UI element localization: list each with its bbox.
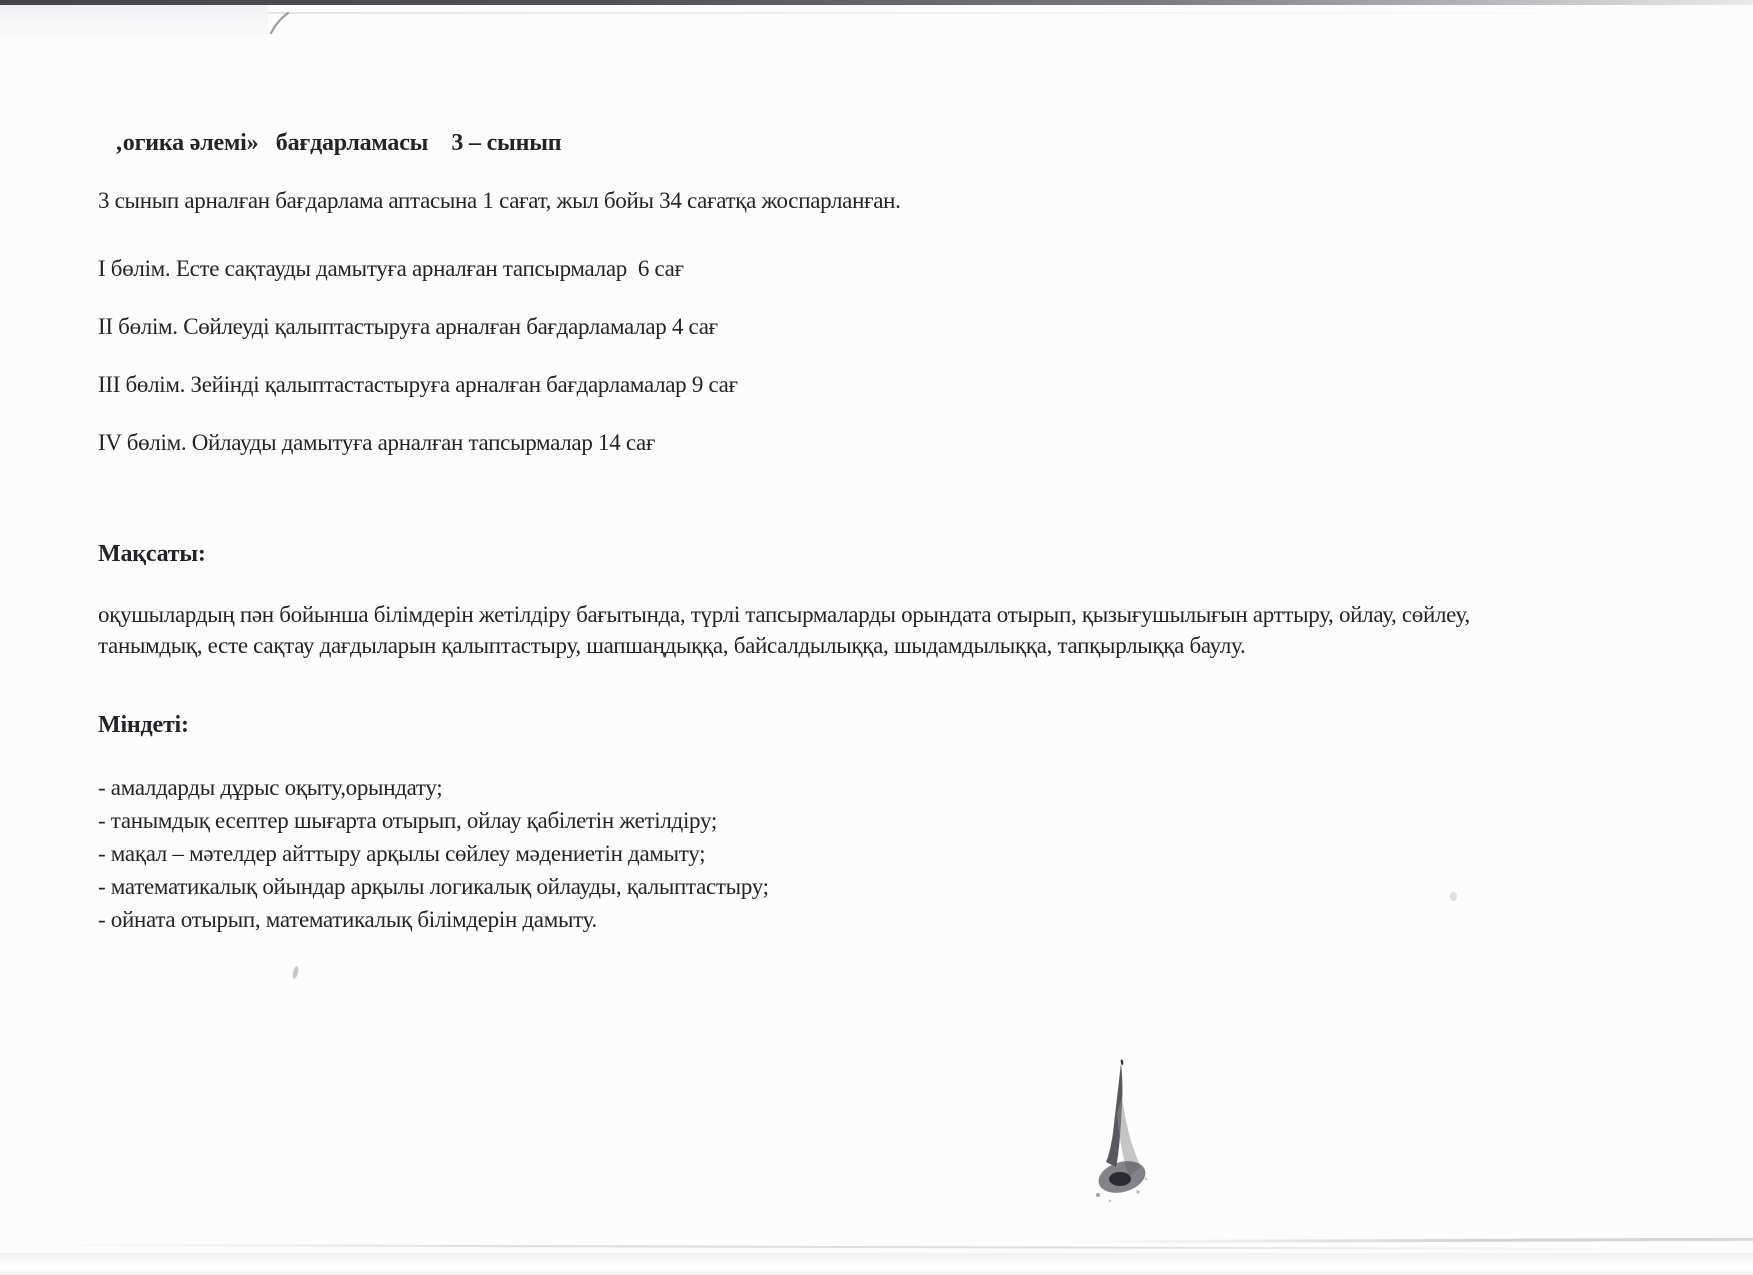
section-line-2: ІІ бөлім. Сөйлеуді қалыптастыруға арналғ… <box>98 312 718 342</box>
section-line-3: ІІІ бөлім. Зейінді қалыптастастыруға арн… <box>98 370 738 400</box>
document-title: ‚огика әлемі» бағдарламасы 3 – сынып <box>115 130 561 157</box>
task-line-2: - танымдық есептер шығарта отырып, ойлау… <box>98 804 769 837</box>
scan-bottom-edge <box>0 1270 1753 1275</box>
section-line-4: ІV бөлім. Ойлауды дамытуға арналған тапс… <box>98 428 655 458</box>
scanned-document-page: ‚огика әлемі» бағдарламасы 3 – сынып 3 с… <box>0 0 1753 1275</box>
task-line-5: - ойната отырып, математикалық білімдері… <box>98 903 769 936</box>
paper-corner-shade <box>0 5 268 41</box>
scan-wrinkle-band <box>0 1253 1753 1263</box>
scan-speck-faint <box>1450 892 1457 901</box>
tasks-heading: Міндеті: <box>98 712 189 739</box>
scan-wrinkle-streak-right <box>1080 1238 1753 1243</box>
scan-speck <box>292 966 300 980</box>
ink-smudge <box>1080 1055 1162 1212</box>
scan-wrinkle-streak <box>40 1244 1690 1250</box>
section-line-1: І бөлім. Есте сақтауды дамытуға арналған… <box>98 254 684 284</box>
intro-line: 3 сынып арналған бағдарлама аптасына 1 с… <box>98 186 901 216</box>
goal-paragraph: оқушылардың пән бойынша білімдерін жетіл… <box>98 599 1498 661</box>
goal-heading: Мақсаты: <box>98 541 206 568</box>
paper-edge-shadow <box>268 12 1753 14</box>
task-line-4: - математикалық ойындар арқылы логикалық… <box>98 870 769 903</box>
task-list: - амалдарды дұрыс оқыту,орындату; - таны… <box>98 771 769 936</box>
task-line-1: - амалдарды дұрыс оқыту,орындату; <box>98 771 769 804</box>
corner-crease-mark <box>268 11 294 40</box>
task-line-3: - мақал – мәтелдер айттыру арқылы сөйлеу… <box>98 837 769 870</box>
